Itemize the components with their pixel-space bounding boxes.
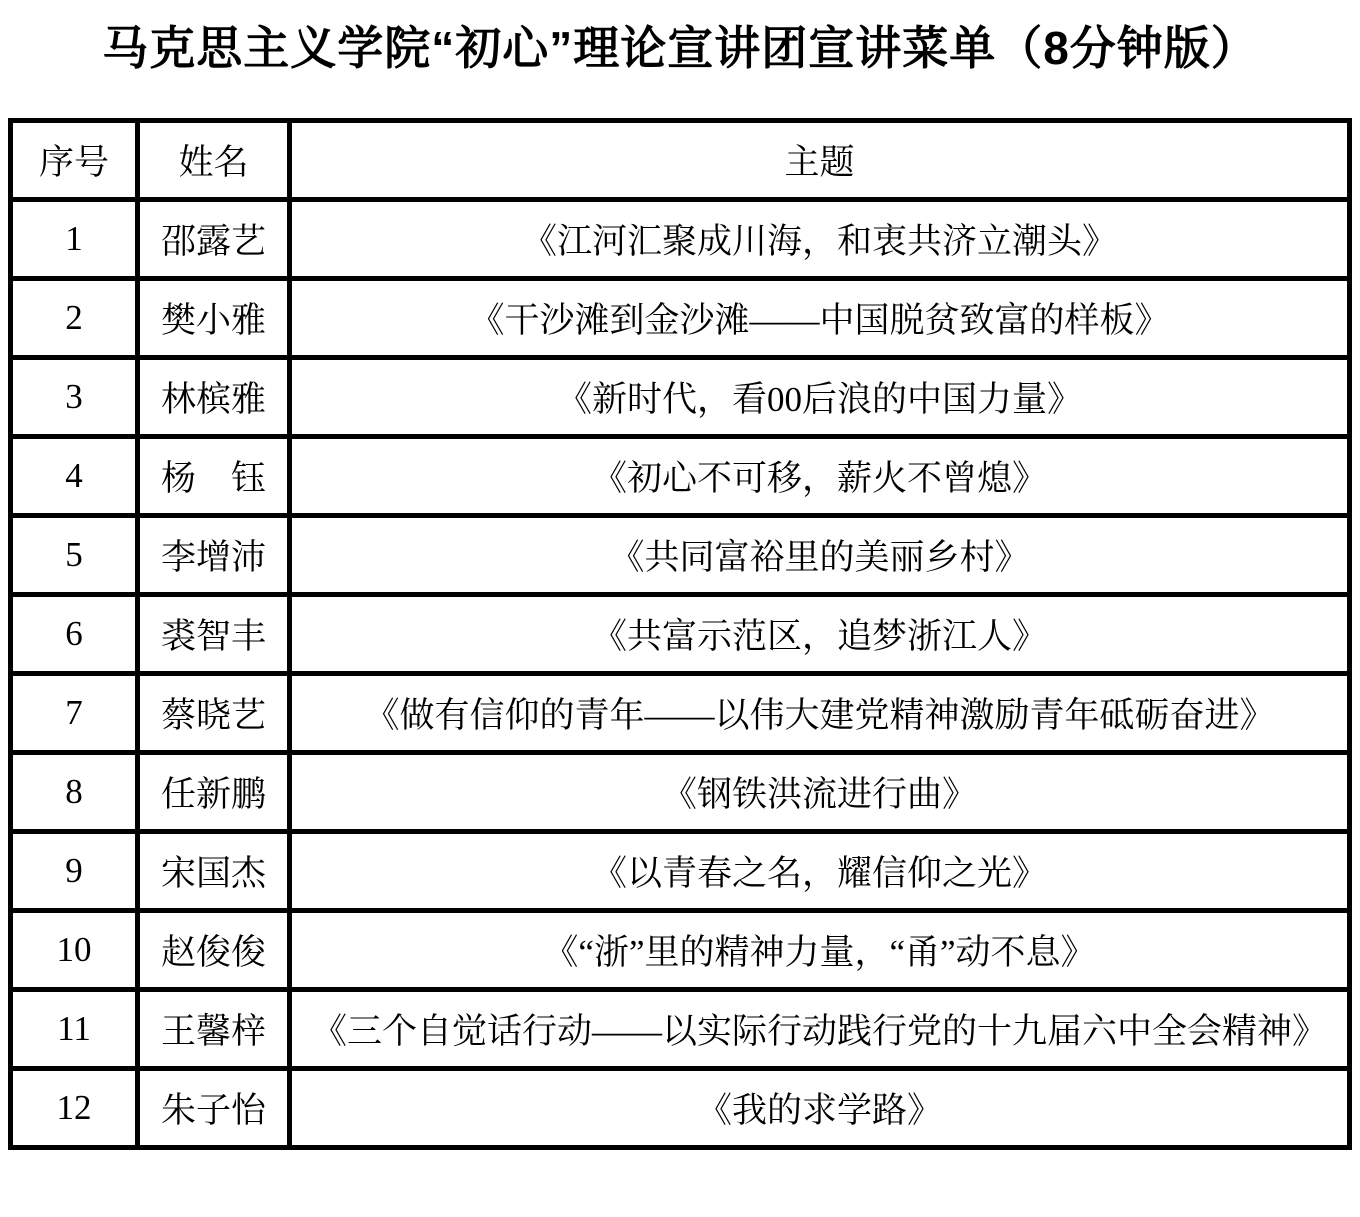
cell-topic: 《共富示范区，追梦浙江人》 (290, 594, 1350, 673)
cell-number: 12 (11, 1068, 138, 1147)
table-row: 3林槟雅《新时代，看00后浪的中国力量》 (11, 357, 1350, 436)
cell-name: 樊小雅 (138, 278, 290, 357)
cell-topic: 《“浙”里的精神力量，“甬”动不息》 (290, 910, 1350, 989)
cell-topic: 《以青春之名，耀信仰之光》 (290, 831, 1350, 910)
cell-number: 10 (11, 910, 138, 989)
cell-number: 6 (11, 594, 138, 673)
cell-number: 9 (11, 831, 138, 910)
table-row: 6裘智丰《共富示范区，追梦浙江人》 (11, 594, 1350, 673)
cell-topic: 《钢铁洪流进行曲》 (290, 752, 1350, 831)
cell-name: 蔡晓艺 (138, 673, 290, 752)
table-row: 9宋国杰《以青春之名，耀信仰之光》 (11, 831, 1350, 910)
lecture-menu-table: 序号 姓名 主题 1邵露艺《江河汇聚成川海，和衷共济立潮头》2樊小雅《干沙滩到金… (8, 118, 1352, 1150)
cell-number: 8 (11, 752, 138, 831)
cell-name: 林槟雅 (138, 357, 290, 436)
cell-name: 裘智丰 (138, 594, 290, 673)
cell-name: 赵俊俊 (138, 910, 290, 989)
table-row: 8任新鹏《钢铁洪流进行曲》 (11, 752, 1350, 831)
cell-topic: 《江河汇聚成川海，和衷共济立潮头》 (290, 199, 1350, 278)
cell-name: 朱子怡 (138, 1068, 290, 1147)
cell-number: 3 (11, 357, 138, 436)
table-body: 1邵露艺《江河汇聚成川海，和衷共济立潮头》2樊小雅《干沙滩到金沙滩——中国脱贫致… (11, 199, 1350, 1147)
cell-name: 邵露艺 (138, 199, 290, 278)
cell-number: 1 (11, 199, 138, 278)
cell-topic: 《三个自觉话行动——以实际行动践行党的十九届六中全会精神》 (290, 989, 1350, 1068)
table-header-row: 序号 姓名 主题 (11, 120, 1350, 199)
cell-number: 7 (11, 673, 138, 752)
cell-topic: 《共同富裕里的美丽乡村》 (290, 515, 1350, 594)
cell-name: 宋国杰 (138, 831, 290, 910)
table-header: 序号 姓名 主题 (11, 120, 1350, 199)
cell-topic: 《新时代，看00后浪的中国力量》 (290, 357, 1350, 436)
header-cell-name: 姓名 (138, 120, 290, 199)
table-row: 1邵露艺《江河汇聚成川海，和衷共济立潮头》 (11, 199, 1350, 278)
cell-name: 任新鹏 (138, 752, 290, 831)
cell-number: 5 (11, 515, 138, 594)
document-page: 马克思主义学院“初心”理论宣讲团宣讲菜单（8分钟版） 序号 姓名 主题 1邵露艺… (0, 0, 1360, 1217)
cell-name: 李增沛 (138, 515, 290, 594)
header-cell-number: 序号 (11, 120, 138, 199)
table-row: 11王馨梓《三个自觉话行动——以实际行动践行党的十九届六中全会精神》 (11, 989, 1350, 1068)
cell-name: 杨 钰 (138, 436, 290, 515)
table-row: 2樊小雅《干沙滩到金沙滩——中国脱贫致富的样板》 (11, 278, 1350, 357)
cell-number: 11 (11, 989, 138, 1068)
table-row: 10赵俊俊《“浙”里的精神力量，“甬”动不息》 (11, 910, 1350, 989)
table-row: 5李增沛《共同富裕里的美丽乡村》 (11, 515, 1350, 594)
header-cell-topic: 主题 (290, 120, 1350, 199)
table-row: 4杨 钰《初心不可移，薪火不曾熄》 (11, 436, 1350, 515)
table-row: 7蔡晓艺《做有信仰的青年——以伟大建党精神激励青年砥砺奋进》 (11, 673, 1350, 752)
cell-topic: 《我的求学路》 (290, 1068, 1350, 1147)
cell-name: 王馨梓 (138, 989, 290, 1068)
page-title: 马克思主义学院“初心”理论宣讲团宣讲菜单（8分钟版） (0, 0, 1360, 78)
cell-topic: 《初心不可移，薪火不曾熄》 (290, 436, 1350, 515)
cell-number: 4 (11, 436, 138, 515)
cell-number: 2 (11, 278, 138, 357)
cell-topic: 《做有信仰的青年——以伟大建党精神激励青年砥砺奋进》 (290, 673, 1350, 752)
cell-topic: 《干沙滩到金沙滩——中国脱贫致富的样板》 (290, 278, 1350, 357)
table-row: 12朱子怡《我的求学路》 (11, 1068, 1350, 1147)
